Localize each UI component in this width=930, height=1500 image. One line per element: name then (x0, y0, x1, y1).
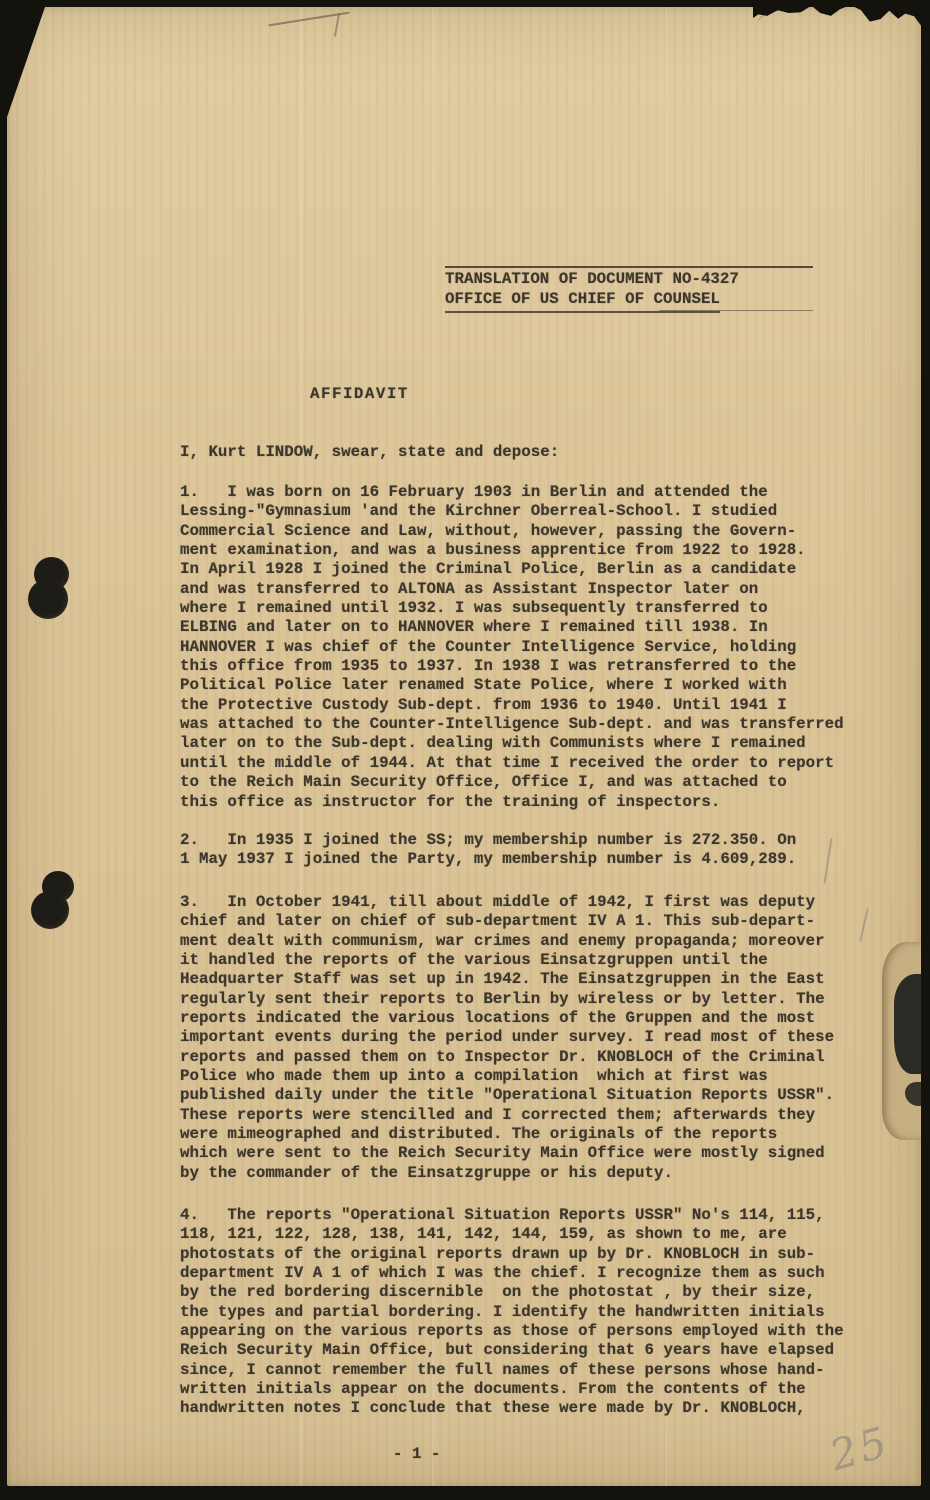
scan-edge (0, 0, 7, 1500)
document-header: TRANSLATION OF DOCUMENT NO-4327 OFFICE O… (445, 266, 815, 313)
page-number: - 1 - (393, 1445, 440, 1464)
affidavit-title: AFFIDAVIT (310, 385, 409, 404)
hole-punch (31, 891, 69, 929)
header-line-1: TRANSLATION OF DOCUMENT NO-4327 (445, 270, 815, 289)
scan-edge (0, 0, 930, 7)
scanned-document-screenshot: TRANSLATION OF DOCUMENT NO-4327 OFFICE O… (0, 0, 930, 1500)
hole-punch (28, 579, 68, 619)
scan-edge (921, 0, 930, 1500)
oath-line: I, Kurt LINDOW, swear, state and depose: (180, 443, 559, 462)
paragraph-4: 4. The reports "Operational Situation Re… (180, 1206, 844, 1419)
header-top-rule (445, 266, 813, 268)
paragraph-2: 2. In 1935 I joined the SS; my membershi… (180, 831, 796, 870)
header-extension-rule (659, 310, 813, 311)
paragraph-1: 1. I was born on 16 February 1903 in Ber… (180, 483, 844, 812)
paragraph-3: 3. In October 1941, till about middle of… (180, 893, 834, 1183)
scan-edge (0, 1486, 930, 1500)
